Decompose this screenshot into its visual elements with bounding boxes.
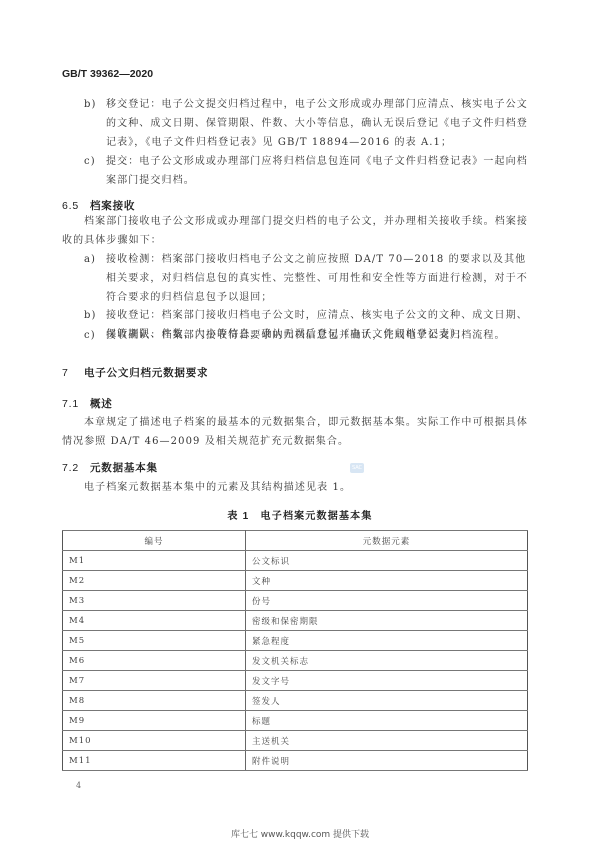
list-marker: a) <box>84 250 104 269</box>
list-marker: b) <box>84 306 104 325</box>
list-marker: b) <box>84 95 104 114</box>
section-title: 电子公文归档元数据要求 <box>84 367 208 379</box>
table-caption: 表 1 电子档案元数据基本集 <box>0 507 600 522</box>
cell-id: M3 <box>63 591 246 611</box>
table-row: M8签发人 <box>63 691 528 711</box>
table-header-row: 编号 元数据元素 <box>63 531 528 551</box>
cell-element: 份号 <box>246 591 528 611</box>
list-item-text: 接收确认：档案部门接收符合要求的归档信息包并确认，完成电子公文归档流程。 <box>106 326 534 345</box>
cell-element: 密级和保密期限 <box>246 611 528 631</box>
table-row: M9标题 <box>63 711 528 731</box>
metadata-table: 编号 元数据元素 M1公文标识 M2文种 M3份号 M4密级和保密期限 M5紧急… <box>62 530 528 771</box>
list-item-text: 提交：电子公文形成或办理部门应将归档信息包连同《电子文件归档登记表》一起向档案部… <box>106 152 534 190</box>
table-row: M11附件说明 <box>63 751 528 771</box>
section-title: 概述 <box>90 398 113 410</box>
section-7-2-text: 电子档案元数据基本集中的元素及其结构描述见表 1。 <box>62 478 532 497</box>
cell-id: M4 <box>63 611 246 631</box>
section-heading-7: 7电子公文归档元数据要求 <box>62 365 208 380</box>
table-row: M3份号 <box>63 591 528 611</box>
section-title: 元数据基本集 <box>90 462 158 474</box>
download-source-footer: 库七七 www.kqqw.com 提供下载 <box>0 827 600 840</box>
cell-id: M6 <box>63 651 246 671</box>
cell-element: 紧急程度 <box>246 631 528 651</box>
cell-id: M5 <box>63 631 246 651</box>
section-7-1-text: 本章规定了描述电子档案的最基本的元数据集合，即元数据基本集。实际工作中可根据具体… <box>62 413 532 451</box>
table-row: M4密级和保密期限 <box>63 611 528 631</box>
cell-id: M8 <box>63 691 246 711</box>
section-heading-7-1: 7.1概述 <box>62 396 113 411</box>
cell-element: 文种 <box>246 571 528 591</box>
table-row: M1公文标识 <box>63 551 528 571</box>
cell-element: 主送机关 <box>246 731 528 751</box>
section-title: 档案接收 <box>90 200 135 212</box>
section-6-5-intro: 档案部门接收电子公文形成或办理部门提交归档的电子公文，并办理相关接收手续。档案接… <box>62 212 532 250</box>
standard-number-header: GB/T 39362—2020 <box>62 68 153 80</box>
cell-id: M1 <box>63 551 246 571</box>
list-marker: c) <box>84 326 104 345</box>
cell-element: 公文标识 <box>246 551 528 571</box>
section-number: 7.1 <box>62 398 90 410</box>
cell-element: 签发人 <box>246 691 528 711</box>
section-number: 6.5 <box>62 200 90 212</box>
cell-id: M7 <box>63 671 246 691</box>
list-item-b: b) 移交登记：电子公文提交归档过程中，电子公文形成或办理部门应清点、核实电子公… <box>84 95 534 152</box>
section-number: 7 <box>62 367 84 379</box>
list-item-c: c) 接收确认：档案部门接收符合要求的归档信息包并确认，完成电子公文归档流程。 <box>84 326 534 345</box>
table-row: M10主送机关 <box>63 731 528 751</box>
table-row: M2文种 <box>63 571 528 591</box>
list-item-text: 移交登记：电子公文提交归档过程中，电子公文形成或办理部门应清点、核实电子公文的文… <box>106 95 534 152</box>
column-header-id: 编号 <box>63 531 246 551</box>
cell-id: M10 <box>63 731 246 751</box>
table-row: M6发文机关标志 <box>63 651 528 671</box>
cell-element: 发文字号 <box>246 671 528 691</box>
list-item-text: 接收检测：档案部门接收归档电子公文之前应按照 DA/T 70—2018 的要求以… <box>106 250 534 307</box>
section-number: 7.2 <box>62 462 90 474</box>
sac-watermark-icon: SAC <box>350 463 364 473</box>
page-number: 4 <box>76 781 81 790</box>
list-marker: c) <box>84 152 104 171</box>
section-heading-6-5: 6.5档案接收 <box>62 198 135 213</box>
cell-id: M11 <box>63 751 246 771</box>
cell-id: M9 <box>63 711 246 731</box>
table-row: M5紧急程度 <box>63 631 528 651</box>
list-item-c: c) 提交：电子公文形成或办理部门应将归档信息包连同《电子文件归档登记表》一起向… <box>84 152 534 190</box>
cell-element: 发文机关标志 <box>246 651 528 671</box>
cell-id: M2 <box>63 571 246 591</box>
table-row: M7发文字号 <box>63 671 528 691</box>
cell-element: 附件说明 <box>246 751 528 771</box>
section-heading-7-2: 7.2元数据基本集 <box>62 460 158 475</box>
cell-element: 标题 <box>246 711 528 731</box>
column-header-element: 元数据元素 <box>246 531 528 551</box>
list-item-a: a) 接收检测：档案部门接收归档电子公文之前应按照 DA/T 70—2018 的… <box>84 250 534 307</box>
